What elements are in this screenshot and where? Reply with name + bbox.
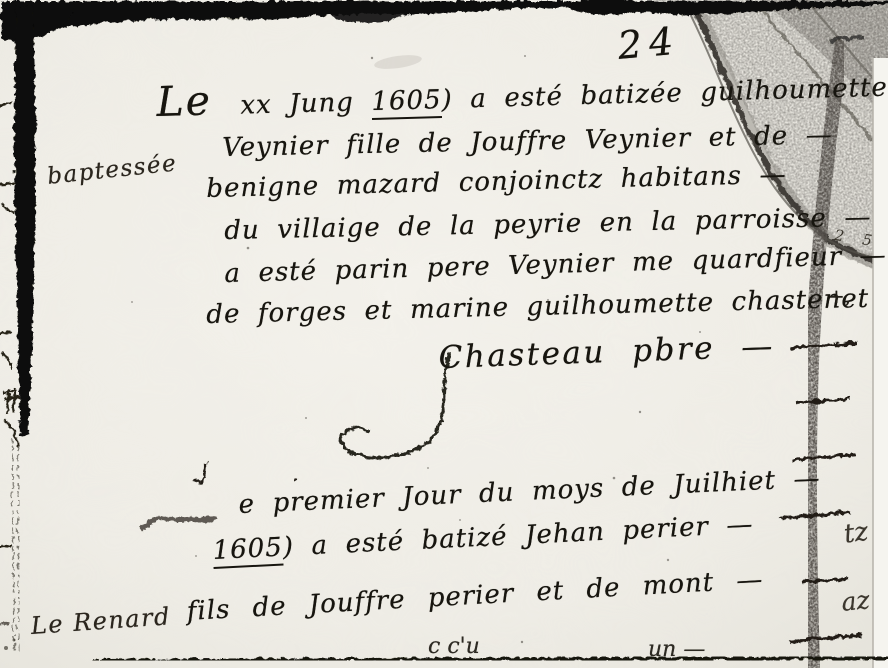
scanner-edge-strip: [873, 58, 888, 668]
underlined-year: 1605: [371, 85, 442, 120]
date-words: xx Jung: [240, 87, 372, 121]
ink-cross-mark: +,: [828, 284, 851, 308]
opening-word: Le: [156, 76, 236, 126]
page-number: 24: [616, 19, 682, 68]
bleed-through-text: tz: [842, 517, 870, 550]
underlined-year: 1605: [212, 533, 284, 569]
cut-off-text: c c'u: [428, 634, 480, 659]
cut-off-text: un —: [648, 637, 705, 662]
bleed-through-text: az: [840, 585, 871, 617]
parish-register-scan: 24 2 5 baptessée Le xx Jung 1605) a esté…: [0, 0, 888, 668]
